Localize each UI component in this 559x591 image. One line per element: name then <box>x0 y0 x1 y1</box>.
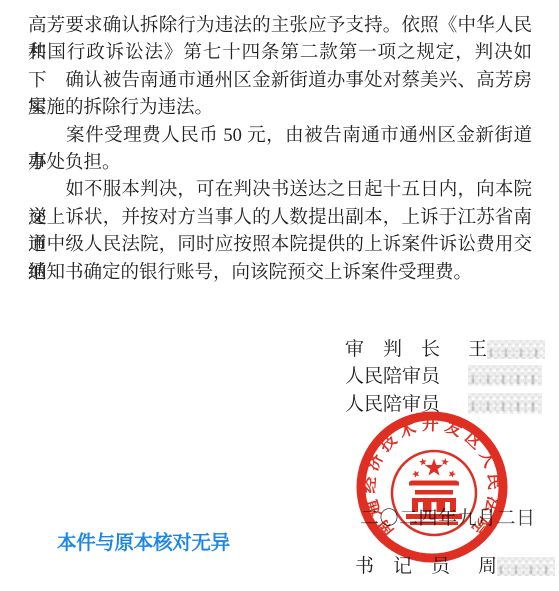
signature-block: 审 判 长王 人民陪审员 人民陪审员 <box>345 336 545 418</box>
body-line: 案件受理费人民币 50 元，由被告南通市通州区金新街道办 <box>28 123 532 150</box>
clerk-row: 书 记 员周 <box>355 555 555 579</box>
body-line: 确认被告南通市通州区金新街道办事处对蔡美兴、高芳房屋 <box>28 68 532 95</box>
assessor-label: 人民陪审员 <box>345 363 441 390</box>
body-line: 交上诉状，并按对方当事人的人数提出副本，上诉于江苏省南通 <box>28 205 532 232</box>
redacted-name-mosaic <box>468 365 542 386</box>
body-line: 实施的拆除行为违法。 <box>28 95 532 122</box>
judgment-body: 高芳要求确认拆除行为违法的主张应予支持。依照《中华人民共 和国行政诉讼法》第七十… <box>28 13 532 287</box>
body-line: 和国行政诉讼法》第七十四条第二款第一项之规定，判决如下： <box>28 40 532 67</box>
redacted-name-mosaic <box>497 557 555 576</box>
body-line: 如不服本判决，可在判决书送达之日起十五日内，向本院递 <box>28 177 532 204</box>
certification-stamp-text: 本件与原本核对无异 <box>57 527 230 555</box>
clerk-name: 周 <box>478 555 555 579</box>
name-visible-part: 周 <box>478 556 497 577</box>
judgment-page: 高芳要求确认拆除行为违法的主张应予支持。依照《中华人民共 和国行政诉讼法》第七十… <box>0 0 559 591</box>
body-line: 市中级人民法院，同时应按照本院提供的上诉案件诉讼费用交纳 <box>28 232 532 259</box>
judgment-date: 二〇二四年九月二日 <box>360 503 536 530</box>
name-visible-part: 王 <box>468 339 487 360</box>
clerk-label: 书 记 员 <box>355 555 451 579</box>
presiding-judge-name: 王 <box>468 336 545 363</box>
assessor-row: 人民陪审员 <box>345 363 545 390</box>
court-seal: 南通经济技术开发区人民法院 <box>352 407 512 567</box>
body-line: 事处负担。 <box>28 150 532 177</box>
assessor-name <box>468 363 542 390</box>
body-line: 高芳要求确认拆除行为违法的主张应予支持。依照《中华人民共 <box>28 13 532 40</box>
presiding-judge-label: 审 判 长 <box>345 336 441 363</box>
body-line: 通知书确定的银行账号，向该院预交上诉案件受理费。 <box>28 260 532 287</box>
redacted-name-mosaic <box>487 340 545 359</box>
presiding-judge-row: 审 判 长王 <box>345 336 545 363</box>
